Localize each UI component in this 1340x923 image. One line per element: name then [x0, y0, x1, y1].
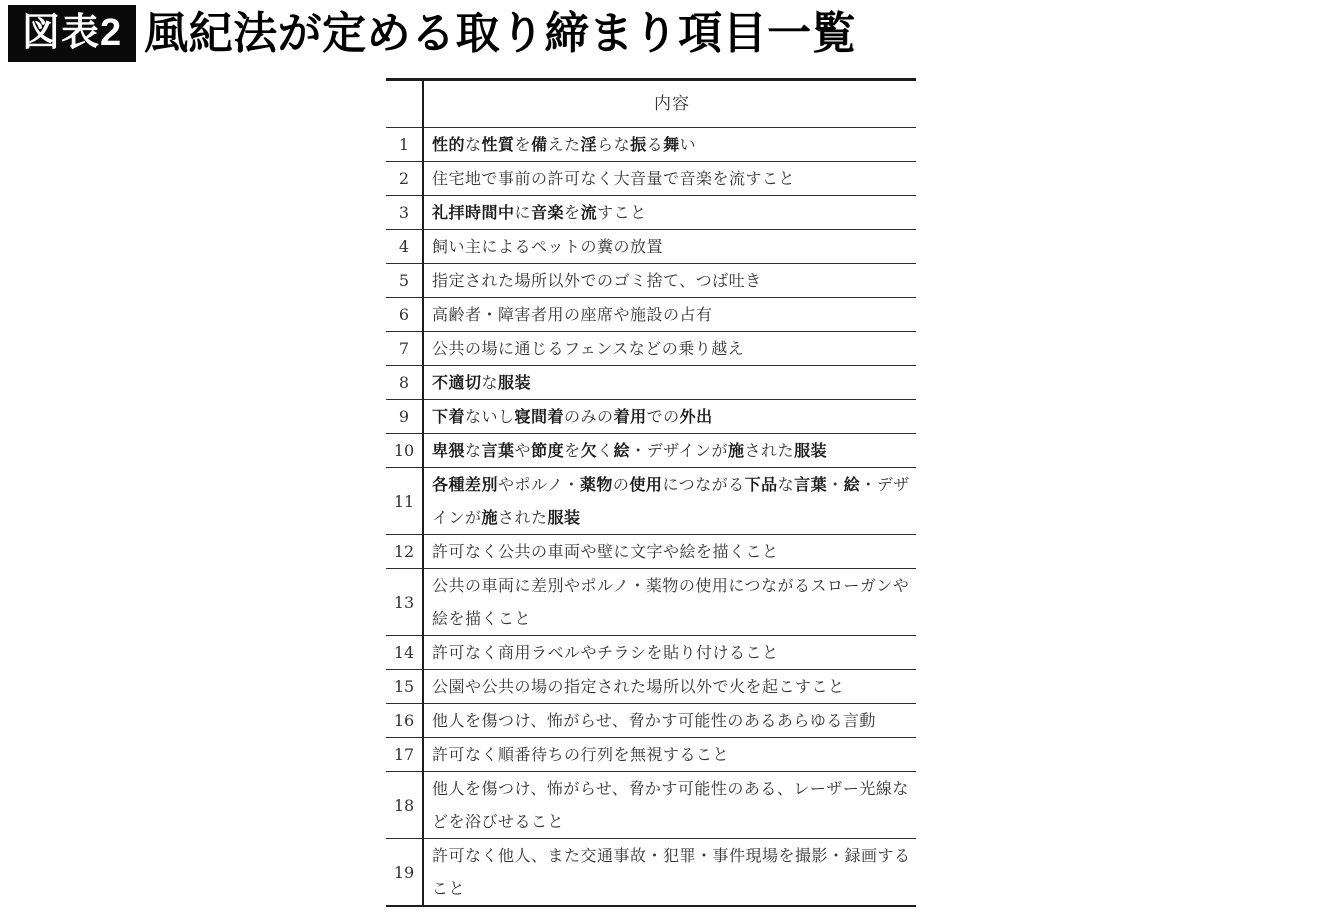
content-segment: につながる [662, 475, 744, 494]
row-content: 公園や公共の場の指定された場所以外で火を起こすこと [423, 670, 916, 704]
content-segment-bold: 性質 [482, 135, 515, 154]
content-segment-bold: 言葉 [482, 441, 515, 460]
content-segment: された [498, 508, 548, 527]
content-segment: 許可なく商用ラベルやチラシを貼り付けること [432, 643, 779, 662]
content-segment-bold: 節度 [531, 441, 564, 460]
row-number: 9 [386, 400, 423, 434]
content-segment: 住宅地で事前の許可なく大音量で音楽を流すこと [432, 169, 795, 188]
content-segment-bold: 音楽 [531, 203, 564, 222]
row-content: 許可なく公共の車両や壁に文字や絵を描くこと [423, 535, 916, 569]
row-content: 飼い主によるペットの糞の放置 [423, 230, 916, 264]
content-segment-bold: 寝間着 [515, 407, 565, 426]
table-row: 13公共の車両に差別やポルノ・薬物の使用につながるスローガンや絵を描くこと [386, 569, 916, 636]
content-segment-bold: 淫 [581, 135, 598, 154]
content-segment: での [647, 407, 680, 426]
content-segment: る [647, 135, 664, 154]
row-number: 13 [386, 569, 423, 636]
table-row: 2住宅地で事前の許可なく大音量で音楽を流すこと [386, 162, 916, 196]
row-content: 高齢者・障害者用の座席や施設の占有 [423, 298, 916, 332]
table-row: 7公共の場に通じるフェンスなどの乗り越え [386, 332, 916, 366]
content-segment: な [778, 475, 795, 494]
content-segment-bold: 下着 [432, 407, 465, 426]
table-row: 9下着ないし寝間着のみの着用での外出 [386, 400, 916, 434]
content-segment: らな [597, 135, 630, 154]
content-segment-bold: 薬物 [580, 475, 613, 494]
table-row: 16他人を傷つけ、怖がらせ、脅かす可能性のあるあらゆる言動 [386, 704, 916, 738]
content-segment: 公園や公共の場の指定された場所以外で火を起こすこと [432, 677, 845, 696]
row-number: 14 [386, 636, 423, 670]
content-segment-bold: 言葉 [794, 475, 827, 494]
page-title: 風紀法が定める取り締まり項目一覧 [144, 5, 856, 62]
row-number: 12 [386, 535, 423, 569]
row-content: 指定された場所以外でのゴミ捨て、つば吐き [423, 264, 916, 298]
table-row: 18他人を傷つけ、怖がらせ、脅かす可能性のある、レーザー光線などを浴びせること [386, 772, 916, 839]
row-content: 住宅地で事前の許可なく大音量で音楽を流すこと [423, 162, 916, 196]
table-row: 19許可なく他人、また交通事故・犯罪・事件現場を撮影・録画すること [386, 839, 916, 907]
row-number: 6 [386, 298, 423, 332]
regulation-items-table: 内容 1性的な性質を備えた淫らな振る舞い2住宅地で事前の許可なく大音量で音楽を流… [386, 78, 916, 907]
row-content: 性的な性質を備えた淫らな振る舞い [423, 128, 916, 162]
content-segment-bold: 着用 [614, 407, 647, 426]
row-number: 16 [386, 704, 423, 738]
table-row: 3礼拝時間中に音楽を流すこと [386, 196, 916, 230]
content-segment: や [515, 441, 532, 460]
content-segment: を [515, 135, 532, 154]
row-content: 礼拝時間中に音楽を流すこと [423, 196, 916, 230]
figure-title-bar: 図表2 風紀法が定める取り締まり項目一覧 [8, 5, 856, 62]
row-number: 2 [386, 162, 423, 196]
table-row: 8不適切な服装 [386, 366, 916, 400]
content-segment-bold: 欠 [581, 441, 598, 460]
row-content: 公共の車両に差別やポルノ・薬物の使用につながるスローガンや絵を描くこと [423, 569, 916, 636]
content-segment: えた [548, 135, 581, 154]
content-segment: い [680, 135, 697, 154]
content-segment: に [515, 203, 532, 222]
table-row: 15公園や公共の場の指定された場所以外で火を起こすこと [386, 670, 916, 704]
table-row: 6高齢者・障害者用の座席や施設の占有 [386, 298, 916, 332]
row-number: 17 [386, 738, 423, 772]
table-header-row: 内容 [386, 80, 916, 128]
content-segment: 飼い主によるペットの糞の放置 [432, 237, 663, 256]
content-segment: く [597, 441, 614, 460]
row-number: 19 [386, 839, 423, 907]
content-segment: ・デザインが [630, 441, 728, 460]
row-content: 許可なく他人、また交通事故・犯罪・事件現場を撮影・録画すること [423, 839, 916, 907]
table-row: 1性的な性質を備えた淫らな振る舞い [386, 128, 916, 162]
row-content: 公共の場に通じるフェンスなどの乗り越え [423, 332, 916, 366]
row-number: 1 [386, 128, 423, 162]
content-segment: な [465, 441, 482, 460]
content-segment: やポルノ・ [498, 475, 580, 494]
row-content: 下着ないし寝間着のみの着用での外出 [423, 400, 916, 434]
content-segment: 許可なく公共の車両や壁に文字や絵を描くこと [432, 542, 779, 561]
table-row: 5指定された場所以外でのゴミ捨て、つば吐き [386, 264, 916, 298]
content-segment: な [465, 135, 482, 154]
table-row: 17許可なく順番待ちの行列を無視すること [386, 738, 916, 772]
row-content: 許可なく順番待ちの行列を無視すること [423, 738, 916, 772]
table-row: 14許可なく商用ラベルやチラシを貼り付けること [386, 636, 916, 670]
content-segment-bold: 絵 [844, 475, 861, 494]
row-number: 11 [386, 468, 423, 535]
content-segment-bold: 使用 [629, 475, 662, 494]
content-segment-bold: 下品 [745, 475, 778, 494]
content-segment: された [745, 441, 795, 460]
content-segment: ないし [465, 407, 515, 426]
row-number: 8 [386, 366, 423, 400]
content-segment: を [564, 203, 581, 222]
row-number: 5 [386, 264, 423, 298]
table-row: 10卑猥な言葉や節度を欠く絵・デザインが施された服装 [386, 434, 916, 468]
content-segment-bold: 各種差別 [432, 475, 498, 494]
content-segment-bold: 服装 [548, 508, 581, 527]
header-number-cell [386, 80, 423, 128]
content-segment: の [613, 475, 630, 494]
row-number: 4 [386, 230, 423, 264]
content-segment-bold: 絵 [614, 441, 631, 460]
content-segment: 指定された場所以外でのゴミ捨て、つば吐き [432, 271, 762, 290]
row-content: 各種差別やポルノ・薬物の使用につながる下品な言葉・絵・デザインが施された服装 [423, 468, 916, 535]
content-segment-bold: 外出 [680, 407, 713, 426]
row-number: 7 [386, 332, 423, 366]
content-segment-bold: 施 [728, 441, 745, 460]
row-number: 15 [386, 670, 423, 704]
header-content-cell: 内容 [423, 80, 916, 128]
row-content: 他人を傷つけ、怖がらせ、脅かす可能性のある、レーザー光線などを浴びせること [423, 772, 916, 839]
content-segment-bold: 服装 [498, 373, 531, 392]
content-segment-bold: 備 [531, 135, 548, 154]
figure-number-label: 図表2 [8, 5, 136, 62]
table-row: 12許可なく公共の車両や壁に文字や絵を描くこと [386, 535, 916, 569]
content-segment: 他人を傷つけ、怖がらせ、脅かす可能性のあるあらゆる言動 [432, 711, 876, 730]
row-content: 許可なく商用ラベルやチラシを貼り付けること [423, 636, 916, 670]
content-segment: 公共の車両に差別やポルノ・薬物の使用につながるスローガンや絵を描くこと [432, 576, 909, 628]
content-segment: を [564, 441, 581, 460]
content-segment-bold: 流 [581, 203, 598, 222]
row-content: 他人を傷つけ、怖がらせ、脅かす可能性のあるあらゆる言動 [423, 704, 916, 738]
row-content: 不適切な服装 [423, 366, 916, 400]
content-segment: ・ [827, 475, 844, 494]
content-segment-bold: 性的 [432, 135, 465, 154]
content-segment-bold: 卑猥 [432, 441, 465, 460]
table-row: 11各種差別やポルノ・薬物の使用につながる下品な言葉・絵・デザインが施された服装 [386, 468, 916, 535]
table-body: 内容 1性的な性質を備えた淫らな振る舞い2住宅地で事前の許可なく大音量で音楽を流… [386, 80, 916, 907]
row-number: 18 [386, 772, 423, 839]
content-segment-bold: 礼拝時間中 [432, 203, 515, 222]
content-segment: 高齢者・障害者用の座席や施設の占有 [432, 305, 713, 324]
content-segment: 許可なく順番待ちの行列を無視すること [432, 745, 729, 764]
row-content: 卑猥な言葉や節度を欠く絵・デザインが施された服装 [423, 434, 916, 468]
content-segment: すこと [597, 203, 647, 222]
content-segment: のみの [564, 407, 614, 426]
row-number: 3 [386, 196, 423, 230]
content-segment: 他人を傷つけ、怖がらせ、脅かす可能性のある、レーザー光線などを浴びせること [432, 779, 909, 831]
content-segment: 公共の場に通じるフェンスなどの乗り越え [432, 339, 744, 358]
content-segment-bold: 施 [482, 508, 499, 527]
table-row: 4飼い主によるペットの糞の放置 [386, 230, 916, 264]
content-segment: な [482, 373, 499, 392]
content-segment: 許可なく他人、また交通事故・犯罪・事件現場を撮影・録画すること [432, 846, 911, 898]
content-segment-bold: 服装 [794, 441, 827, 460]
content-segment-bold: 振 [630, 135, 647, 154]
row-number: 10 [386, 434, 423, 468]
content-segment-bold: 舞 [663, 135, 680, 154]
content-segment-bold: 不適切 [432, 373, 482, 392]
